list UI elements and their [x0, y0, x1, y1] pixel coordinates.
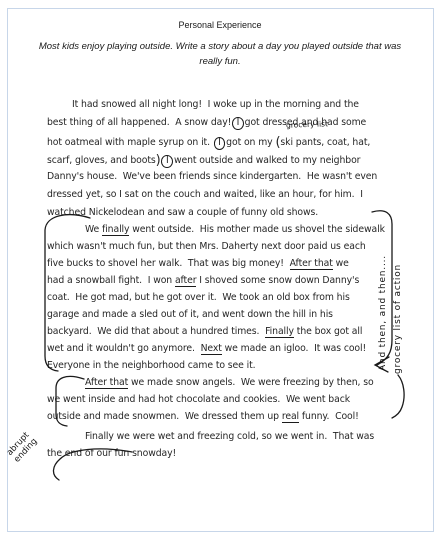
text-segment: went outside. His mother made us shovel … [129, 224, 384, 235]
text-segment: we [333, 258, 349, 269]
story-line: we went inside and had hot chocolate and… [47, 394, 399, 411]
underlined-text-annotation: Finally [265, 326, 294, 338]
story-line: wet and it wouldn't go anymore. Next we … [47, 343, 399, 360]
text-segment: the box got all [294, 326, 362, 337]
story-line: outside and made snowmen. We dressed the… [47, 411, 399, 428]
text-segment: we made an igloo. It was cool! [222, 343, 366, 354]
text-segment: the end of our fun snowday! [47, 448, 176, 459]
paragraph-1: It had snowed all night long! I woke up … [47, 99, 399, 225]
story-line: scarf, gloves, and boots) I went outside… [47, 153, 399, 171]
story-line: Everyone in the neighborhood came to see… [47, 360, 399, 377]
paragraph-2: We finally went outside. His mother made… [47, 224, 399, 377]
margin-note-and-then: And then, and then.... [378, 255, 388, 371]
text-segment: had a snowball fight. I won [47, 275, 175, 286]
text-segment: five bucks to shovel her walk. That was … [47, 258, 290, 269]
story-line: five bucks to shovel her walk. That was … [47, 258, 399, 275]
text-segment: went outside and walked to my neighbor [171, 155, 360, 166]
story-line: coat. He got mad, but he got over it. We… [47, 292, 399, 309]
text-segment: got on my [223, 137, 275, 148]
underlined-text-annotation: After that [290, 258, 333, 270]
underlined-text-annotation: Next [201, 343, 222, 355]
text-segment: outside and made snowmen. We dressed the… [47, 411, 282, 422]
story-line: dressed yet, so I sat on the couch and w… [47, 189, 399, 207]
underlined-text-annotation: finally [102, 224, 129, 236]
story-line: which wasn't much fun, but then Mrs. Dah… [47, 241, 399, 258]
story-line: best thing of all happened. A snow day! … [47, 117, 399, 135]
story-line: garage and made a sled out of it, and we… [47, 309, 399, 326]
text-segment: Everyone in the neighborhood came to see… [47, 360, 256, 371]
paragraph-3: After that we made snow angels. We were … [47, 377, 399, 428]
paragraph-4: Finally we were wet and freezing cold, s… [47, 431, 399, 465]
underlined-text-annotation: After that [85, 377, 128, 389]
story-line: After that we made snow angels. We were … [47, 377, 399, 394]
text-segment: hot oatmeal with maple syrup on it. [47, 137, 216, 148]
text-segment: It had snowed all night long! I woke up … [72, 99, 359, 110]
text-segment: We [85, 224, 102, 235]
text-segment: wet and it wouldn't go anymore. [47, 343, 201, 354]
story-line: It had snowed all night long! I woke up … [47, 99, 399, 117]
underlined-text-annotation: after [175, 275, 197, 287]
story-line: Finally we were wet and freezing cold, s… [47, 431, 399, 448]
story: It had snowed all night long! I woke up … [0, 0, 440, 547]
text-segment: best thing of all happened. A snow day! [47, 117, 234, 128]
story-line: watched Nickelodean and saw a couple of … [47, 207, 399, 225]
text-segment: scarf, gloves, and boots [47, 155, 156, 166]
text-segment: Danny's house. We've been friends since … [47, 171, 377, 182]
text-segment: backyard. We did that about a hundred ti… [47, 326, 265, 337]
text-segment: funny. Cool! [299, 411, 359, 422]
text-segment: which wasn't much fun, but then Mrs. Dah… [47, 241, 366, 252]
story-line: had a snowball fight. I won after I shov… [47, 275, 399, 292]
grocery-list-note: grocery list [286, 119, 328, 129]
story-line: hot oatmeal with maple syrup on it. I go… [47, 135, 399, 153]
story-line: backyard. We did that about a hundred ti… [47, 326, 399, 343]
margin-note-grocery-list: grocery list of action [393, 264, 403, 374]
text-segment: I shoved some snow down Danny's [196, 275, 359, 286]
text-segment: garage and made a sled out of it, and we… [47, 309, 333, 320]
text-segment: ski pants, coat, hat, [280, 137, 370, 148]
text-segment: we went inside and had hot chocolate and… [47, 394, 350, 405]
text-segment: coat. He got mad, but he got over it. We… [47, 292, 350, 303]
worksheet-page: Personal Experience Most kids enjoy play… [0, 0, 440, 547]
text-segment: dressed yet, so I sat on the couch and w… [47, 189, 363, 200]
story-line: We finally went outside. His mother made… [47, 224, 399, 241]
story-line: Danny's house. We've been friends since … [47, 171, 399, 189]
text-segment: we made snow angels. We were freezing by… [128, 377, 373, 388]
text-segment: Finally we were wet and freezing cold, s… [85, 431, 374, 442]
text-segment: watched Nickelodean and saw a couple of … [47, 207, 318, 218]
underlined-text-annotation: real [282, 411, 299, 423]
story-line: the end of our fun snowday! [47, 448, 399, 465]
